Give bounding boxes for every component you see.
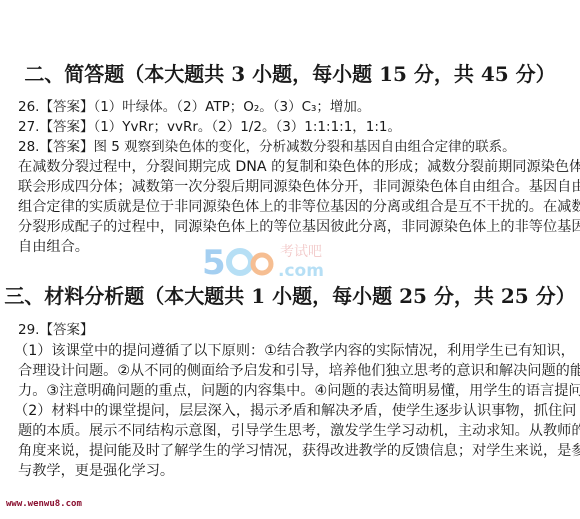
answer-28: 28.【答案】图 5 观察到染色体的变化，分析减数分裂和基因自由组合定律的联系。 xyxy=(18,137,516,157)
svg-text:5: 5 xyxy=(202,243,226,282)
site-watermark: www.wenwu8.com xyxy=(6,499,82,509)
text-line: 力。③注意明确问题的重点，问题的内容集中。④问题的表达简明易懂，用学生的语言提问… xyxy=(14,381,562,401)
svg-text:.com: .com xyxy=(278,261,324,281)
svg-text:考试吧: 考试吧 xyxy=(280,243,322,260)
section-3-heading: 三、材料分析题（本大题共 1 小题，每小题 25 分，共 25 分） xyxy=(0,280,580,309)
text-line: 合理设计问题。②从不同的侧面给予启发和引导，培养他们独立思考的意识和解决问题的能 xyxy=(14,361,562,381)
answer-27: 27.【答案】（1）YvRr；vvRr。（2）1/2。（3）1:1:1:1，1:… xyxy=(18,117,401,137)
section-2-heading: 二、简答题（本大题共 3 小题，每小题 15 分，共 45 分） xyxy=(0,58,580,87)
text-line: （1）该课堂中的提问遵循了以下原则：①结合教学内容的实际情况，利用学生已有知识， xyxy=(14,341,562,361)
text-line: 与教学，更是强化学习。 xyxy=(14,461,562,481)
text-line: （2）材料中的课堂提问，层层深入，揭示矛盾和解决矛盾，使学生逐步认识事物，抓住问 xyxy=(14,401,562,421)
text-line: 角度来说，提问能及时了解学生的学习情况，获得改进教学的反馈信息；对学生来说，是参 xyxy=(14,441,562,461)
text-line: 在减数分裂过程中，分裂间期完成 DNA 的复制和染色体的形成；减数分裂前期同源染… xyxy=(18,157,566,177)
text-line: 题的本质。展示不同结构示意图，引导学生思考，激发学生学习动机，主动求知。从教师的 xyxy=(14,421,562,441)
watermark-logo: 5 考试吧 .com xyxy=(200,238,350,282)
answer-29-body: （1）该课堂中的提问遵循了以下原则：①结合教学内容的实际情况，利用学生已有知识，… xyxy=(14,341,562,481)
answer-29-label: 29.【答案】 xyxy=(18,320,93,340)
text-line: 分裂形成配子的过程中，同源染色体上的等位基因彼此分离，非同源染色体上的非等位基因 xyxy=(18,217,566,237)
answer-26: 26.【答案】（1）叶绿体。（2）ATP；O₂。（3）C₃；增加。 xyxy=(18,97,370,117)
text-line: 联会形成四分体；减数第一次分裂后期同源染色体分开，非同源染色体自由组合。基因自由 xyxy=(18,177,566,197)
text-line: 组合定律的实质就是位于非同源染色体上的非等位基因的分离或组合是互不干扰的。在减数 xyxy=(18,197,566,217)
